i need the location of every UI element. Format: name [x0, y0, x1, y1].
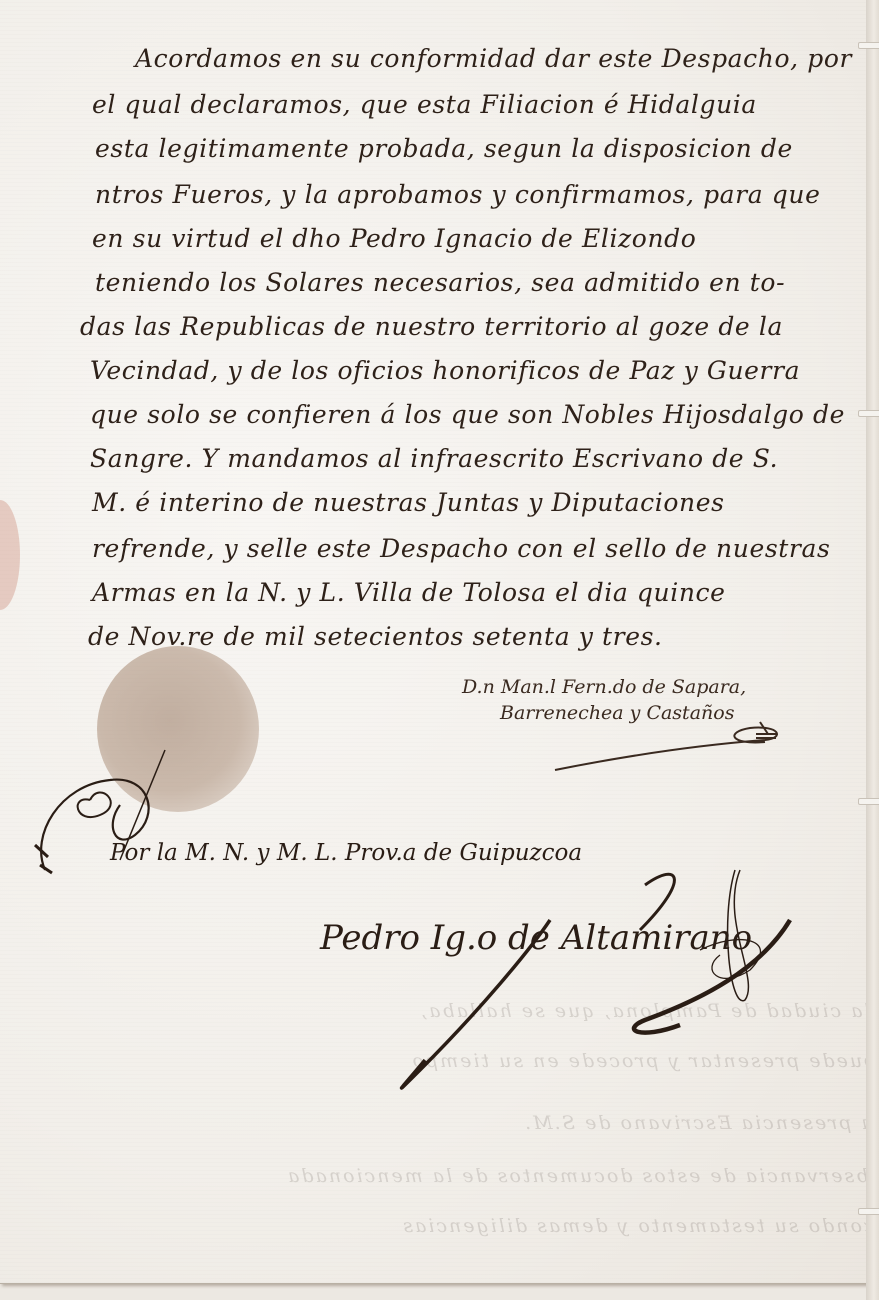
body-line: ntros Fueros, y la aprobamos y confirmam… — [95, 180, 821, 209]
bleed-through-line: de su parte nuestra presencia Escrivano … — [220, 1112, 879, 1134]
body-line: esta legitimamente probada, segun la dis… — [95, 134, 793, 163]
manuscript-page: de la ciudad de Pamplona, que se hallaba… — [0, 0, 868, 1284]
body-line: Vecindad, y de los oficios honorificos d… — [90, 356, 800, 385]
body-line: teniendo los Solares necesarios, sea adm… — [95, 268, 785, 297]
signature-flourish-2 — [380, 860, 800, 1100]
body-line: Acordamos en su conformidad dar este Des… — [135, 44, 852, 73]
bleed-through-line: Elizondo su testamento y demas diligenci… — [40, 1215, 879, 1237]
body-line: M. é interino de nuestras Juntas y Diput… — [92, 488, 725, 517]
edge-stain — [0, 500, 20, 610]
signatory-1-line-1: D.n Man.l Fern.do de Sapara, — [462, 676, 746, 698]
binding-thread — [858, 410, 879, 417]
body-line: das las Republicas de nuestro territorio… — [80, 312, 783, 341]
body-line: en su virtud el dho Pedro Ignacio de Eli… — [92, 224, 696, 253]
body-line: el qual declaramos, que esta Filiacion é… — [92, 90, 757, 119]
binding-thread — [858, 42, 879, 49]
bleed-through-line: Observancia de estos documentos de la me… — [20, 1165, 879, 1187]
binding-thread — [858, 798, 879, 805]
body-line: refrende, y selle este Despacho con el s… — [92, 534, 830, 563]
body-line: Armas en la N. y L. Villa de Tolosa el d… — [92, 578, 726, 607]
binding-edge — [866, 0, 879, 1300]
binding-thread — [858, 1208, 879, 1215]
body-line: Sangre. Y mandamos al infraescrito Escri… — [90, 444, 778, 473]
signature-flourish-1 — [550, 720, 790, 780]
body-line: que solo se confieren á los que son Nobl… — [90, 400, 845, 429]
